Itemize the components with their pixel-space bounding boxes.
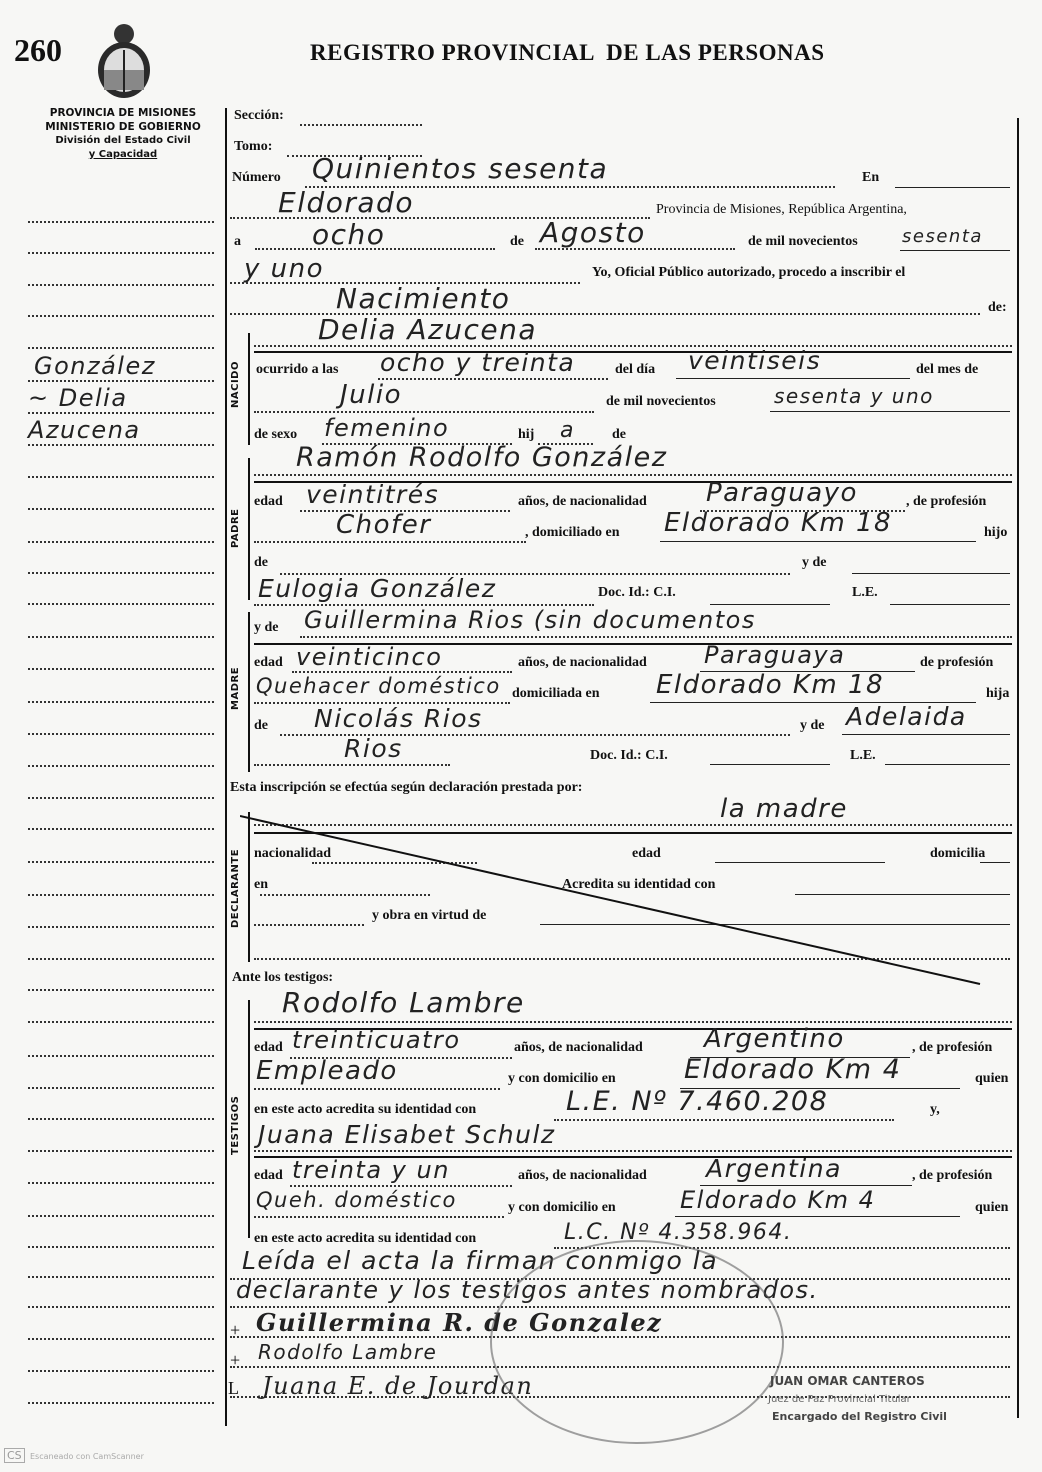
witness-2-name-value: Juana Elisabet Schulz <box>258 1120 556 1149</box>
witness-1-nacionalidad-value: Argentino <box>704 1024 845 1054</box>
witness-1-profesion-field[interactable] <box>254 1088 500 1090</box>
witness-2-nacionalidad-value: Argentina <box>706 1154 842 1183</box>
stamp-role-2: Encargado del Registro Civil <box>772 1410 947 1423</box>
mother-domicilio-value: Eldorado Km 18 <box>656 670 884 700</box>
coat-of-arms-icon <box>94 20 154 100</box>
witness-2-profesion-label: , de profesión <box>912 1168 992 1184</box>
witness-1-domicilio-value: Eldorado Km 4 <box>684 1054 901 1085</box>
time-field[interactable] <box>378 378 608 380</box>
witness-1-acredita-label: en este acto acredita su identidad con <box>254 1102 476 1118</box>
testigos-intro: Ante los testigos: <box>232 970 333 986</box>
year-value-1: sesenta <box>902 226 983 247</box>
registered-name-value: Delia Azucena <box>318 313 537 346</box>
witness-2-domicilio-value: Eldorado Km 4 <box>680 1186 875 1214</box>
witness-1-id-value: L.E. Nº 7.460.208 <box>566 1086 828 1117</box>
father-domicilio-field[interactable] <box>660 541 976 542</box>
seccion-field[interactable] <box>300 124 422 126</box>
padre-bracket <box>248 458 250 600</box>
declarante-intro: Esta inscripción se efectúa según declar… <box>230 780 582 796</box>
signature-mark-2: + <box>230 1350 240 1371</box>
scanner-watermark-text: Escaneado con CamScanner <box>30 1452 144 1461</box>
father-domicilio-value: Eldorado Km 18 <box>664 508 892 538</box>
main-frame-left <box>225 108 227 1426</box>
mother-ci-field[interactable] <box>710 764 830 765</box>
witness-1-edad-label: edad <box>254 1040 283 1056</box>
main-frame-right <box>1017 118 1019 1418</box>
witness-2-domicilio-field[interactable] <box>675 1216 960 1217</box>
testigos-tab: TESTIGOS <box>230 1096 241 1155</box>
mother-domicilio-label: domiciliada en <box>512 686 600 702</box>
witness-2-anos-label: años, de nacionalidad <box>518 1168 647 1184</box>
nacido-bracket <box>248 333 250 445</box>
father-le-label: L.E. <box>852 585 878 601</box>
ministry-line: MINISTERIO DE GOBIERNO <box>28 120 218 134</box>
sexo-label: de sexo <box>254 427 297 443</box>
signature-mark-1: + <box>230 1320 240 1341</box>
ministry-line: y Capacidad <box>28 148 218 162</box>
father-profesion-value: Chofer <box>336 510 431 540</box>
witness-2-edad-label: edad <box>254 1168 283 1184</box>
en-field[interactable] <box>895 187 1010 188</box>
mother-profesion-value: Quehacer doméstico <box>256 674 501 698</box>
del-dia-label: del día <box>615 362 655 378</box>
father-edad-label: edad <box>254 494 283 510</box>
margin-note-line: ~ Delia <box>28 384 128 412</box>
witness-1-profesion-label: , de profesión <box>912 1040 992 1056</box>
year-field[interactable] <box>900 250 1010 251</box>
madre-tab: MADRE <box>230 667 241 710</box>
madre-bracket <box>248 612 250 772</box>
mother-mother-field[interactable] <box>842 734 1010 735</box>
birth-year-field[interactable] <box>770 411 1010 412</box>
month-value: Agosto <box>540 216 646 249</box>
margin-note-line: Azucena <box>28 416 141 444</box>
en-label: En <box>862 170 879 186</box>
year-value-2: y uno <box>244 254 324 284</box>
numero-value: Quinientos sesenta <box>312 152 608 185</box>
mother-anos-label: años, de nacionalidad <box>518 655 647 671</box>
scanner-badge-icon: CS <box>4 1448 25 1463</box>
section-divider <box>254 351 1012 353</box>
witness-2-profesion-value: Queh. doméstico <box>256 1188 457 1212</box>
mother-mother-value-2: Rios <box>344 734 403 763</box>
father-mother-value: Eulogia González <box>258 574 496 603</box>
father-ci-field[interactable] <box>710 604 830 605</box>
witness-1-quien-label: quien <box>975 1071 1008 1087</box>
witness-1-edad-value: treinticuatro <box>292 1026 461 1054</box>
mother-le-label: L.E. <box>850 748 876 764</box>
padre-tab: PADRE <box>230 509 241 548</box>
mother-le-field[interactable] <box>885 764 1010 765</box>
de-colon-label: de: <box>988 300 1007 316</box>
witness-1-name-value: Rodolfo Lambre <box>282 986 525 1019</box>
mother-y-de-label: y de <box>254 620 279 636</box>
birth-year-label: de mil novecientos <box>606 394 716 410</box>
father-profesion-label: , de profesión <box>906 494 986 510</box>
del-mes-label: del mes de <box>916 362 978 378</box>
birth-day-field[interactable] <box>676 378 910 379</box>
witness-2-edad-value: treinta y un <box>292 1156 450 1184</box>
tomo-label: Tomo: <box>234 139 272 155</box>
witness-1-name-field[interactable] <box>254 1021 1012 1023</box>
witness-2-name-field[interactable] <box>254 1150 1012 1152</box>
a-label: a <box>234 234 241 250</box>
signature-2: Rodolfo Lambre <box>258 1340 437 1364</box>
mother-name-field[interactable] <box>300 636 1012 638</box>
de-label: de <box>510 234 524 250</box>
father-name-field[interactable] <box>254 474 1012 476</box>
father-doc-label: Doc. Id.: C.I. <box>598 585 676 601</box>
page-title: REGISTRO PROVINCIAL DE LAS PERSONAS <box>310 40 825 66</box>
mother-de-label: de <box>254 718 268 734</box>
father-profesion-field[interactable] <box>254 541 526 543</box>
father-le-field[interactable] <box>890 604 1010 605</box>
numero-label: Número <box>232 170 281 186</box>
hij-label: hij <box>518 427 534 443</box>
ministry-line: División del Estado Civil <box>28 134 218 148</box>
year-prefix-label: de mil novecientos <box>748 234 858 250</box>
father-de-label: de <box>254 555 268 571</box>
mother-nacionalidad-value: Paraguaya <box>704 641 845 669</box>
strike-diagonal <box>240 812 1000 992</box>
witness-1-profesion-value: Empleado <box>256 1056 398 1086</box>
place-value: Eldorado <box>278 186 414 219</box>
witness-2-id-value: L.C. Nº 4.358.964. <box>564 1220 792 1245</box>
father-mother-field-start[interactable] <box>852 573 1010 574</box>
father-nacionalidad-value: Paraguayo <box>706 478 858 508</box>
witness-1-suffix: y, <box>930 1102 940 1118</box>
witness-2-quien-label: quien <box>975 1200 1008 1216</box>
witness-1-id-field[interactable] <box>554 1119 894 1121</box>
mother-father-value: Nicolás Rios <box>314 704 483 733</box>
mother-edad-label: edad <box>254 655 283 671</box>
ministry-line: PROVINCIA DE MISIONES <box>28 106 218 120</box>
testigos-bracket <box>248 1000 250 1238</box>
stamp-role-1: Juez de Paz Provincial Titular <box>768 1394 911 1405</box>
witness-2-domicilio-label: y con domicilio en <box>508 1200 616 1216</box>
signature-3: Juana E. de Jourdan <box>262 1372 533 1400</box>
margin-note-line: González <box>34 352 156 380</box>
father-anos-label: años, de nacionalidad <box>518 494 647 510</box>
nacido-tab: NACIDO <box>230 361 241 408</box>
witness-2-profesion-field[interactable] <box>254 1216 504 1218</box>
seccion-label: Sección: <box>234 108 284 124</box>
hija-label: hija <box>986 686 1009 702</box>
witness-2-acredita-label: en este acto acredita su identidad con <box>254 1231 476 1247</box>
stamp-name: JUAN OMAR CANTEROS <box>770 1374 925 1388</box>
sexo-value: femenino <box>324 414 449 442</box>
mother-doc-label: Doc. Id.: C.I. <box>590 748 668 764</box>
mother-mother-value-1: Adelaida <box>846 702 967 731</box>
officer-text: Yo, Oficial Público autorizado, procedo … <box>592 265 905 281</box>
birth-month-value: Julio <box>340 380 402 410</box>
father-y-de-label: y de <box>802 555 827 571</box>
official-seal-icon <box>490 1240 784 1444</box>
mother-name-value: Guillermina Rios (sin documentos <box>304 606 756 634</box>
witness-1-anos-label: años, de nacionalidad <box>514 1040 643 1056</box>
mother-y-de-label2: y de <box>800 718 825 734</box>
witness-1-domicilio-label: y con domicilio en <box>508 1071 616 1087</box>
mother-edad-field[interactable] <box>292 671 512 673</box>
witness-2-edad-field[interactable] <box>290 1185 512 1187</box>
day-value: ocho <box>312 218 385 251</box>
folio-number: 260 <box>14 32 62 69</box>
hij-de-label: de <box>612 427 626 443</box>
ministry-heading: PROVINCIA DE MISIONES MINISTERIO DE GOBI… <box>28 106 218 162</box>
act-type-value: Nacimiento <box>336 282 510 315</box>
birth-year-value: sesenta y uno <box>774 384 934 408</box>
birth-day-value: veintiseis <box>688 346 821 375</box>
father-name-value: Ramón Rodolfo González <box>296 442 667 473</box>
province-text: Provincia de Misiones, República Argenti… <box>656 202 907 218</box>
signature-mark-3: L <box>228 1378 239 1399</box>
mother-mother-continued-field[interactable] <box>254 764 450 766</box>
ocurrido-label: ocurrido a las <box>256 362 338 378</box>
hij-value: a <box>560 418 575 443</box>
mother-profesion-label: de profesión <box>920 655 993 671</box>
time-value: ocho y treinta <box>380 348 575 377</box>
hijo-label: hijo <box>984 525 1007 541</box>
mother-edad-value: veinticinco <box>296 643 442 671</box>
father-domicilio-label: , domiciliado en <box>525 525 620 541</box>
father-edad-value: veintitrés <box>306 480 439 509</box>
birth-month-field[interactable] <box>254 411 594 413</box>
